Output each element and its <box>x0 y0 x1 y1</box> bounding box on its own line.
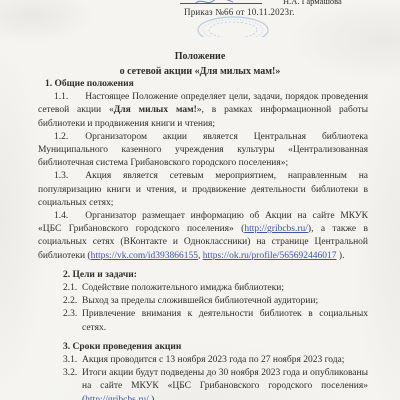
clause-text: ). <box>337 251 345 261</box>
title-block: Положение о сетевой акции «Для милых мам… <box>0 49 400 79</box>
clause: 1.1.Настоящее Положение определяет цели,… <box>38 91 368 131</box>
clause-number: 1.3. <box>54 171 68 181</box>
hyperlink[interactable]: https://ok.ru/profile/565692446017 <box>203 251 337 261</box>
clause: 1.3.Акция является сетевым мероприятием,… <box>38 170 368 210</box>
clause: 2.3.Привлечение внимания к деятельности … <box>63 308 368 334</box>
clause-text: Акция проводится с 13 ноября 2023 года п… <box>82 355 344 365</box>
clause: 3.1.Акция проводится с 13 ноября 2023 го… <box>63 354 368 367</box>
clause-text: Выход за пределы сложившейся библиотечно… <box>82 296 318 306</box>
clause-number: 1.1. <box>54 92 68 102</box>
clause: 1.4.Организатор размещает информацию об … <box>38 210 368 263</box>
clause-number: 1.2. <box>54 132 68 142</box>
clause-number: 3.2. <box>63 367 82 380</box>
hyperlink[interactable]: https://vk.com/id393866155 <box>91 251 198 261</box>
signatory-name: Н.А. Гармашова <box>283 0 342 6</box>
clause-number: 3.1. <box>63 354 82 367</box>
clause-text: Содействие положительного имиджа библиот… <box>82 283 284 293</box>
clause: 3.2.Итоги акции будут подведены до 30 но… <box>63 367 368 400</box>
hyperlink[interactable]: http://gribcbs.ru/ <box>85 395 149 400</box>
document-subtitle: о сетевой акции «Для милых мам!» <box>0 64 400 79</box>
section-heading: 2. Цели и задачи: <box>63 269 368 282</box>
section: 1. Общие положения1.1.Настоящее Положени… <box>38 78 368 263</box>
clause-text: ). <box>149 395 157 400</box>
section: 3. Сроки проведения акции3.1.Акция прово… <box>38 341 368 400</box>
clause-text: Организатором акции является Центральная… <box>38 132 368 168</box>
clause: 2.1.Содействие положительного имиджа биб… <box>63 282 368 295</box>
hyperlink[interactable]: http://gribcbs.ru/ <box>244 224 308 234</box>
clause-text: Акция является сетевым мероприятием, нап… <box>38 171 368 207</box>
clause-number: 2.3. <box>63 308 82 321</box>
round-stamp-icon <box>196 15 270 37</box>
clause: 2.2.Выход за пределы сложившейся библиот… <box>63 295 368 308</box>
section: 2. Цели и задачи:2.1.Содействие положите… <box>38 269 368 335</box>
document-body: 1. Общие положения1.1.Настоящее Положени… <box>38 78 368 400</box>
clause-text: Привлечение внимания к деятельности библ… <box>82 309 368 332</box>
clause-number: 1.4. <box>54 211 68 221</box>
clause-number: 2.1. <box>63 282 82 295</box>
document-page: Н.А. Гармашова Приказ №66 от 10.11.2023г… <box>0 0 400 400</box>
clause-number: 2.2. <box>63 295 82 308</box>
section-heading: 3. Сроки проведения акции <box>63 341 368 354</box>
document-title: Положение <box>0 49 400 64</box>
section-heading: 1. Общие положения <box>45 78 368 91</box>
clause-text: Для милых мам! <box>114 105 197 115</box>
clause: 1.2.Организатором акции является Централ… <box>38 131 368 171</box>
signature-line <box>180 3 262 4</box>
